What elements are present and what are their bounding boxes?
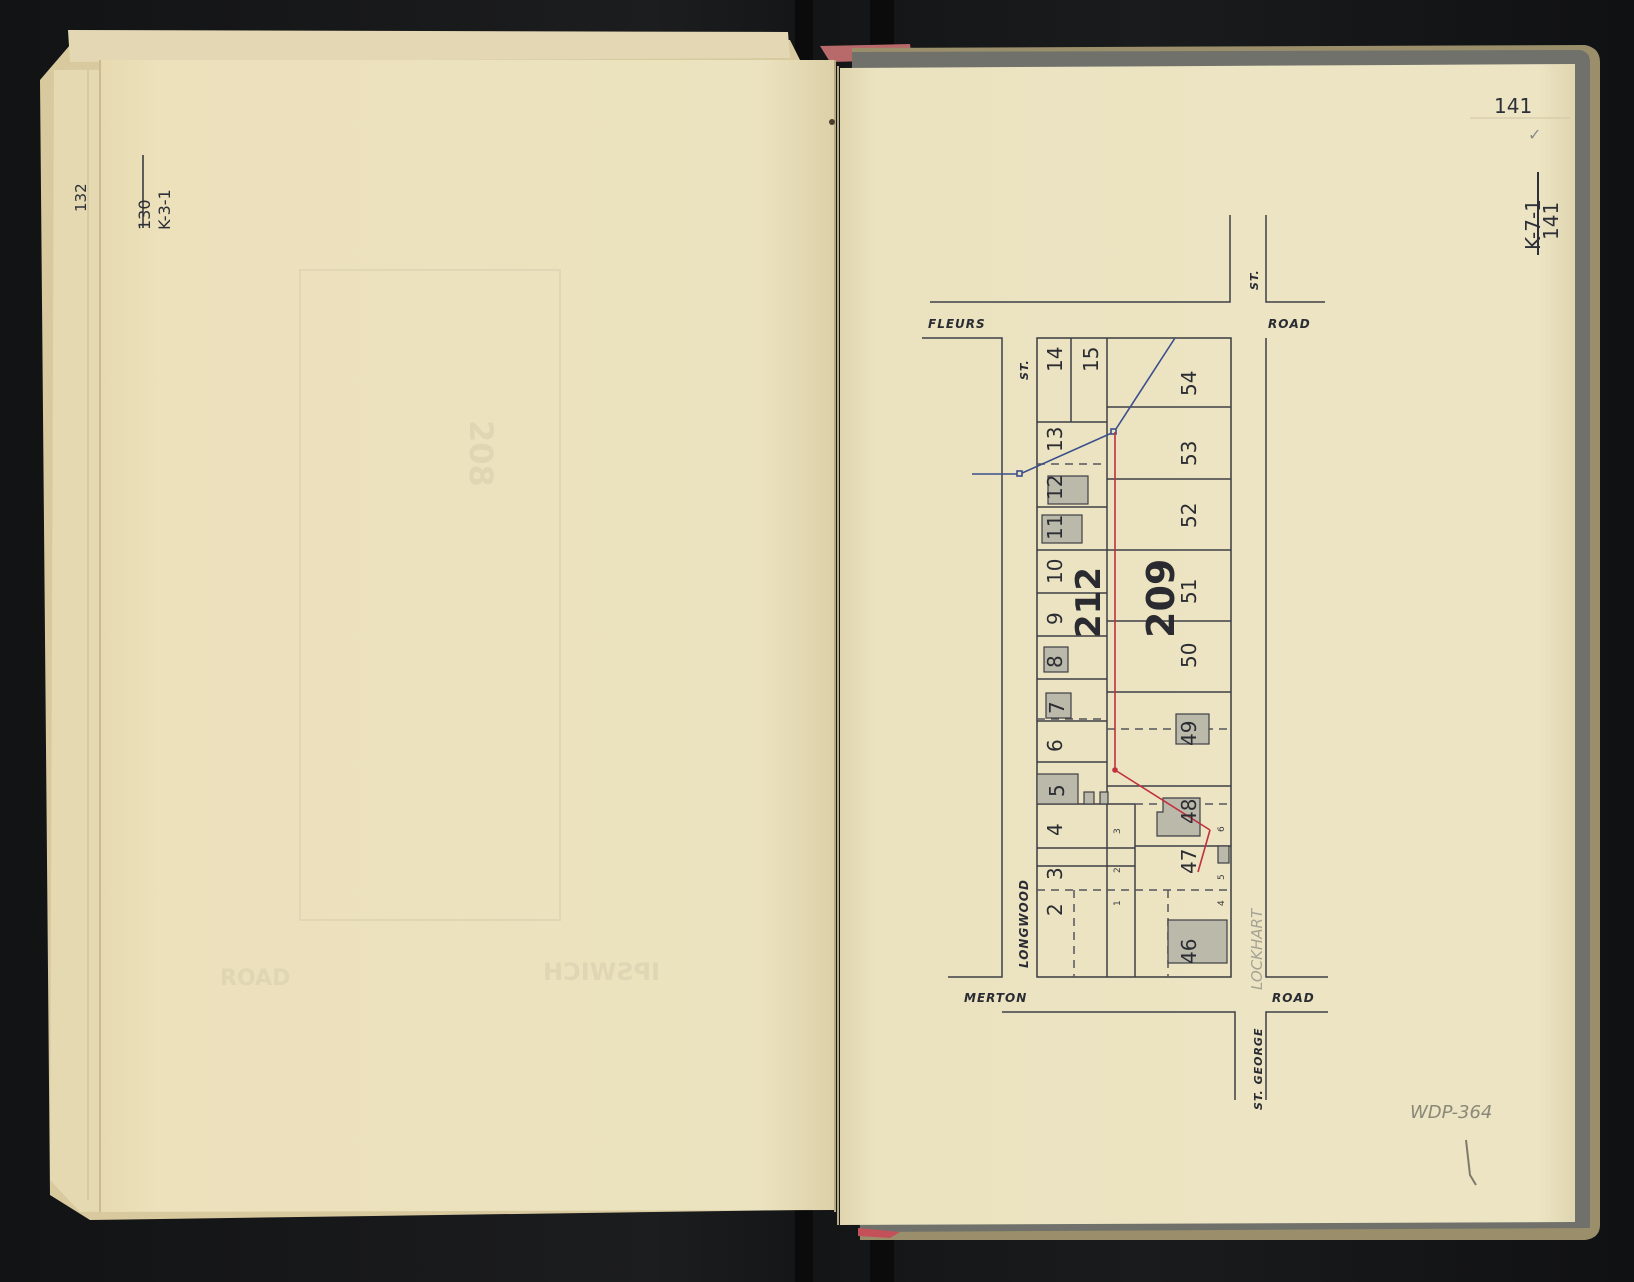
bleed-road-label: IPSWICH xyxy=(543,958,660,986)
lot-48: 48 xyxy=(1177,799,1201,824)
right-page xyxy=(840,64,1575,1225)
lot-13: 13 xyxy=(1043,427,1067,452)
sub-lot-6: 6 xyxy=(1217,826,1227,832)
street-st-top: ST. xyxy=(1248,269,1261,290)
lot-7: 7 xyxy=(1045,701,1069,714)
lot-53: 53 xyxy=(1177,441,1201,466)
book-photo: 132 130 K-3-1 IPSWICH ROAD 208 141 ✓ K-7… xyxy=(0,0,1634,1282)
sub-lot-1: 1 xyxy=(1113,900,1123,906)
left-ref-sub-note: 130 xyxy=(135,199,154,230)
street-lockhart-pencil: LOCKHART xyxy=(1248,907,1266,990)
ref-code-sub: 141 xyxy=(1539,202,1563,240)
lot-6: 6 xyxy=(1043,739,1067,752)
left-page-number-note: 132 xyxy=(72,183,90,212)
bleed-road-suffix: ROAD xyxy=(220,966,290,991)
street-st-george: ST. GEORGE xyxy=(1252,1028,1265,1110)
lot-50: 50 xyxy=(1177,643,1201,668)
street-longwood-st: ST. xyxy=(1018,359,1031,380)
lot-5: 5 xyxy=(1045,784,1069,797)
lot-52: 52 xyxy=(1177,503,1201,528)
lot-12: 12 xyxy=(1043,475,1067,500)
lot-8: 8 xyxy=(1043,655,1067,668)
lot-51: 51 xyxy=(1177,579,1201,604)
archive-code: WDP-364 xyxy=(1410,1102,1492,1123)
lot-3: 3 xyxy=(1043,867,1067,880)
lot-14: 14 xyxy=(1043,347,1067,372)
street-longwood: LONGWOOD xyxy=(1017,879,1031,968)
street-road-top: ROAD xyxy=(1268,317,1311,331)
lot-46: 46 xyxy=(1177,939,1201,964)
sub-lot-2: 2 xyxy=(1113,867,1123,873)
left-page xyxy=(100,60,835,1212)
lots-east: 46 47 48 49 50 51 52 53 54 xyxy=(1177,371,1201,964)
lot-10: 10 xyxy=(1043,559,1067,584)
street-road-bottom: ROAD xyxy=(1272,991,1315,1005)
block-212: 212 xyxy=(1069,567,1109,638)
bleed-block-number: 208 xyxy=(462,420,500,487)
lot-9: 9 xyxy=(1043,612,1067,625)
lot-4: 4 xyxy=(1043,823,1067,836)
page-number: 141 xyxy=(1494,94,1532,118)
check-mark: ✓ xyxy=(1528,125,1541,144)
lot-2: 2 xyxy=(1043,903,1067,916)
street-fleurs: FLEURS xyxy=(928,317,986,331)
street-merton: MERTON xyxy=(964,991,1027,1005)
lot-49: 49 xyxy=(1177,721,1201,746)
sub-lot-4: 4 xyxy=(1217,900,1227,906)
left-ref-note: K-3-1 xyxy=(155,189,174,230)
lot-15: 15 xyxy=(1079,347,1103,372)
lot-47: 47 xyxy=(1177,849,1201,874)
lot-11: 11 xyxy=(1043,515,1067,540)
sub-lot-3: 3 xyxy=(1113,828,1123,834)
sub-lot-5: 5 xyxy=(1217,874,1227,880)
right-page-stack xyxy=(838,45,1600,1240)
lot-54: 54 xyxy=(1177,371,1201,396)
